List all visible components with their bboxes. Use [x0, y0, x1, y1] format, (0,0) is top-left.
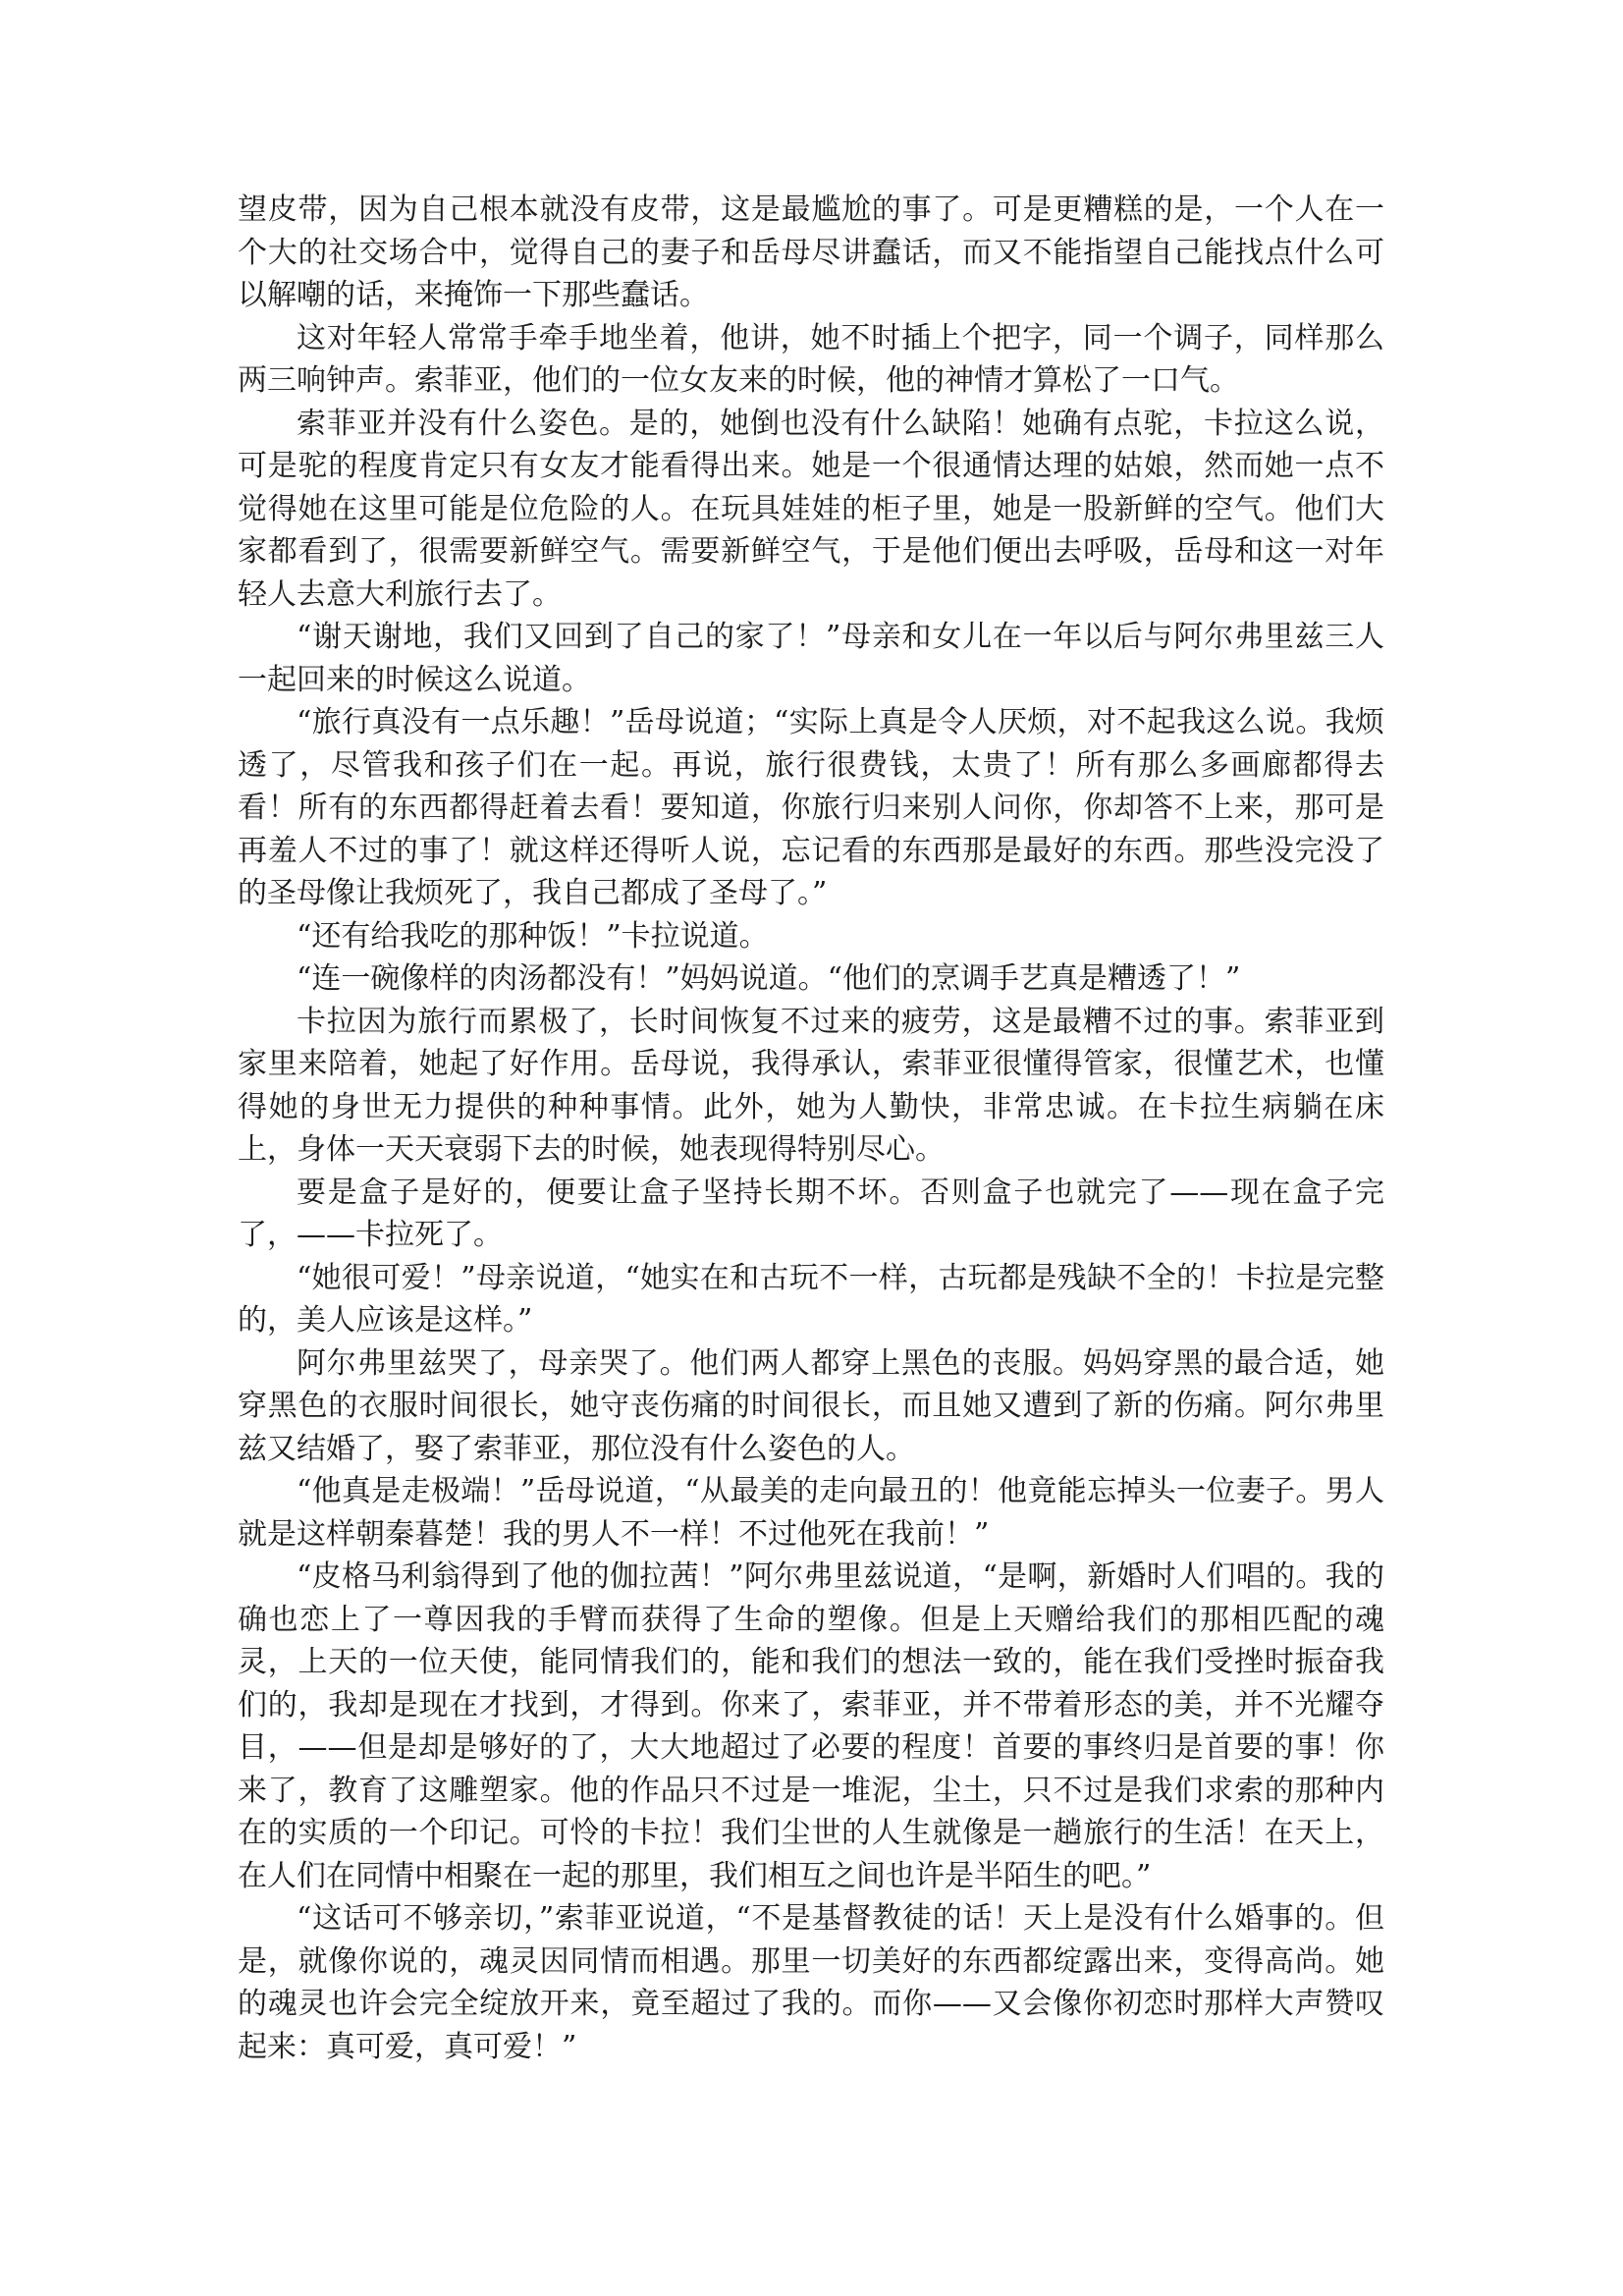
paragraph: 这对年轻人常常手牵手地坐着，他讲，她不时插上个把字，同一个调子，同样那么两三响钟… — [238, 317, 1384, 403]
paragraph: 卡拉因为旅行而累极了，长时间恢复不过来的疲劳，这是最糟不过的事。索菲亚到家里来陪… — [238, 1001, 1384, 1172]
paragraph: 望皮带，因为自己根本就没有皮带，这是最尴尬的事了。可是更糟糕的是，一个人在一个大… — [238, 189, 1384, 317]
book-page: 望皮带，因为自己根本就没有皮带，这是最尴尬的事了。可是更糟糕的是，一个人在一个大… — [0, 0, 1623, 2296]
paragraph: 阿尔弗里兹哭了，母亲哭了。他们两人都穿上黑色的丧服。妈妈穿黑的最合适，她穿黑色的… — [238, 1342, 1384, 1471]
paragraph: “这话可不够亲切，”索菲亚说道，“不是基督教徒的话！天上是没有什么婚事的。但是，… — [238, 1897, 1384, 2068]
paragraph: “还有给我吃的那种饭！”卡拉说道。 — [238, 915, 1384, 958]
paragraph: “连一碗像样的肉汤都没有！”妈妈说道。“他们的烹调手艺真是糟透了！” — [238, 957, 1384, 1001]
paragraph: 要是盒子是好的，便要让盒子坚持长期不坏。否则盒子也就完了——现在盒子完了，——卡… — [238, 1172, 1384, 1257]
paragraph: “她很可爱！”母亲说道，“她实在和古玩不一样，古玩都是残缺不全的！卡拉是完整的，… — [238, 1257, 1384, 1342]
paragraph: “他真是走极端！”岳母说道，“从最美的走向最丑的！他竟能忘掉头一位妻子。男人就是… — [238, 1470, 1384, 1556]
paragraph: “旅行真没有一点乐趣！”岳母说道；“实际上真是令人厌烦，对不起我这么说。我烦透了… — [238, 701, 1384, 915]
paragraph: “谢天谢地，我们又回到了自己的家了！”母亲和女儿在一年以后与阿尔弗里兹三人一起回… — [238, 616, 1384, 701]
page-text: 望皮带，因为自己根本就没有皮带，这是最尴尬的事了。可是更糟糕的是，一个人在一个大… — [238, 189, 1384, 2068]
paragraph: 索菲亚并没有什么姿色。是的，她倒也没有什么缺陷！她确有点驼，卡拉这么说，可是驼的… — [238, 403, 1384, 617]
paragraph: “皮格马利翁得到了他的伽拉茜！”阿尔弗里兹说道，“是啊，新婚时人们唱的。我的确也… — [238, 1556, 1384, 1897]
